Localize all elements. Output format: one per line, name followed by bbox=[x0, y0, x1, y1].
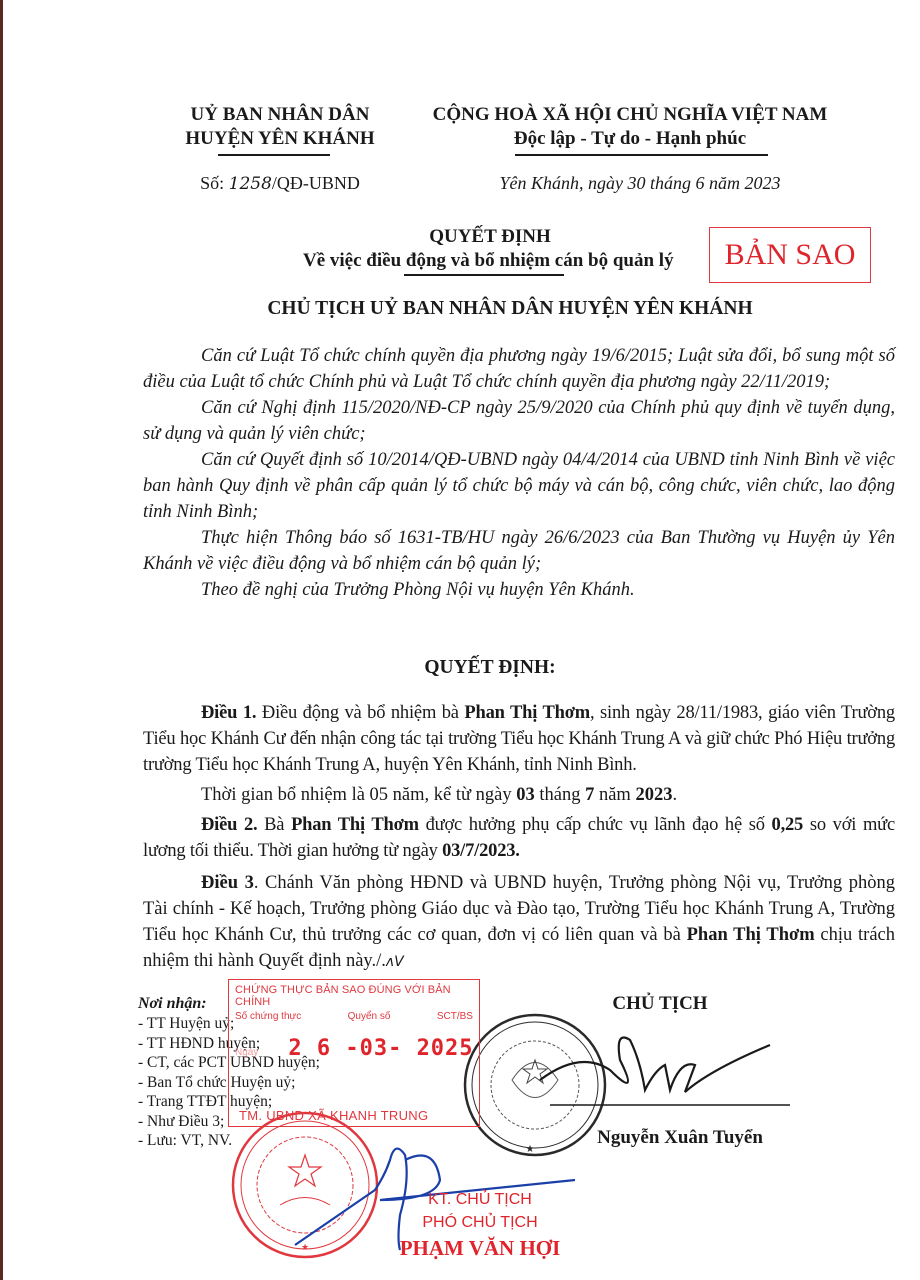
article-3: Điều 3. Chánh Văn phòng HĐND và UBND huy… bbox=[143, 870, 895, 975]
decision-heading: QUYẾT ĐỊNH: bbox=[300, 657, 680, 679]
motto-underline bbox=[515, 154, 768, 156]
issuer-underline bbox=[218, 154, 330, 156]
issue-date: Yên Khánh, ngày 30 tháng 6 năm 2023 bbox=[430, 173, 850, 194]
page-edge-shadow bbox=[0, 0, 3, 1280]
signer-name: Nguyễn Xuân Tuyển bbox=[560, 1127, 800, 1149]
articles: Điều 1. Điều động và bổ nhiệm bà Phan Th… bbox=[143, 700, 895, 975]
date-day: 30 bbox=[627, 173, 645, 193]
article-1: Điều 1. Điều động và bổ nhiệm bà Phan Th… bbox=[143, 700, 895, 778]
document-subtitle: Về việc điều động và bổ nhiệm cán bộ quả… bbox=[303, 250, 723, 272]
cert-code: SCT/BS bbox=[437, 1011, 473, 1022]
certification-date-row: Ngày 2 6 -03- 2025 bbox=[229, 1036, 479, 1061]
certification-stamp: CHỨNG THỰC BẢN SAO ĐÚNG VỚI BẢN CHÍNH Số… bbox=[228, 979, 480, 1127]
document-title: QUYẾT ĐỊNH bbox=[300, 226, 680, 248]
article-text: Điều động và bổ nhiệm bà bbox=[256, 703, 464, 723]
preamble-text: Theo đề nghị của Trưởng Phòng Nội vụ huy… bbox=[201, 580, 635, 600]
copy-signer-block: KT. CHỦ TỊCH PHÓ CHỦ TỊCH bbox=[390, 1188, 570, 1234]
term-text: . bbox=[672, 785, 677, 805]
doc-number-prefix: Số: bbox=[200, 173, 229, 193]
certification-line-1: CHỨNG THỰC BẢN SAO ĐÚNG VỚI BẢN CHÍNH bbox=[235, 984, 473, 1008]
term-month: 7 bbox=[585, 785, 594, 805]
cert-number-label: Số chứng thực bbox=[235, 1011, 301, 1022]
article-2: Điều 2. Bà Phan Thị Thơm được hưởng phụ … bbox=[143, 812, 895, 864]
article-text: được hưởng phụ cấp chức vụ lãnh đạo hệ s… bbox=[419, 815, 772, 835]
preamble-item: Căn cứ Quyết định số 10/2014/QĐ-UBND ngà… bbox=[143, 447, 895, 525]
country-name: CỘNG HOÀ XÃ HỘI CHỦ NGHĨA VIỆT NAM bbox=[410, 103, 850, 127]
preamble: Căn cứ Luật Tổ chức chính quyền địa phươ… bbox=[143, 343, 895, 603]
date-suffix: năm 2023 bbox=[705, 173, 781, 193]
issuer-line-2: HUYỆN YÊN KHÁNH bbox=[160, 127, 400, 151]
issuing-authority: CHỦ TỊCH UỶ BAN NHÂN DÂN HUYỆN YÊN KHÁNH bbox=[200, 298, 820, 320]
preamble-text: Căn cứ Luật Tổ chức chính quyền địa phươ… bbox=[143, 346, 895, 392]
appointment-term: Thời gian bổ nhiệm là 05 năm, kể từ ngày… bbox=[143, 782, 895, 808]
national-motto-block: CỘNG HOÀ XÃ HỘI CHỦ NGHĨA VIỆT NAM Độc l… bbox=[410, 103, 850, 151]
date-month: 6 bbox=[696, 173, 705, 193]
preamble-item: Căn cứ Nghị định 115/2020/NĐ-CP ngày 25/… bbox=[143, 395, 895, 447]
allowance-start-date: 03/7/2023. bbox=[442, 841, 520, 861]
chairman-signature-icon bbox=[520, 1020, 800, 1130]
term-year: 2023 bbox=[635, 785, 672, 805]
copy-signer-role-2: PHÓ CHỦ TỊCH bbox=[390, 1211, 570, 1234]
preamble-text: Căn cứ Quyết định số 10/2014/QĐ-UBND ngà… bbox=[143, 450, 895, 522]
copy-stamp: BẢN SAO bbox=[709, 227, 871, 283]
handwritten-initials: ʌV bbox=[386, 954, 404, 970]
issuer-line-1: UỶ BAN NHÂN DÂN bbox=[160, 103, 400, 127]
allowance-coefficient: 0,25 bbox=[772, 815, 804, 835]
appointee-name: Phan Thị Thơm bbox=[291, 815, 419, 835]
certification-date: 2 6 -03- 2025 bbox=[288, 1036, 473, 1061]
article-text: Bà bbox=[257, 815, 291, 835]
article-2-label: Điều 2. bbox=[201, 815, 257, 835]
preamble-item: Thực hiện Thông báo số 1631-TB/HU ngày 2… bbox=[143, 525, 895, 577]
issuer-block: UỶ BAN NHÂN DÂN HUYỆN YÊN KHÁNH bbox=[160, 103, 400, 151]
term-text: Thời gian bổ nhiệm là 05 năm, kể từ ngày bbox=[201, 785, 516, 805]
doc-number-suffix: /QĐ-UBND bbox=[272, 173, 360, 193]
preamble-item: Căn cứ Luật Tổ chức chính quyền địa phươ… bbox=[143, 343, 895, 395]
cert-date-label: Ngày bbox=[235, 1047, 258, 1058]
appointee-name: Phan Thị Thơm bbox=[464, 703, 590, 723]
cert-book-label: Quyển số bbox=[348, 1011, 391, 1022]
document-number: Số: 1258/QĐ-UBND bbox=[160, 173, 400, 194]
preamble-text: Căn cứ Nghị định 115/2020/NĐ-CP ngày 25/… bbox=[143, 398, 895, 444]
term-text: tháng bbox=[535, 785, 585, 805]
date-mid: tháng bbox=[645, 173, 695, 193]
preamble-item: Theo đề nghị của Trưởng Phòng Nội vụ huy… bbox=[143, 577, 895, 603]
term-text: năm bbox=[594, 785, 635, 805]
copy-signer-role-1: KT. CHỦ TỊCH bbox=[390, 1188, 570, 1211]
national-motto: Độc lập - Tự do - Hạnh phúc bbox=[410, 127, 850, 151]
date-prefix: Yên Khánh, ngày bbox=[499, 173, 627, 193]
preamble-text: Thực hiện Thông báo số 1631-TB/HU ngày 2… bbox=[143, 528, 895, 574]
term-day: 03 bbox=[516, 785, 535, 805]
subtitle-underline bbox=[404, 274, 564, 276]
article-1-label: Điều 1. bbox=[201, 703, 256, 723]
article-3-label: Điều 3 bbox=[201, 873, 254, 893]
certification-line-2: Số chứng thực Quyển số SCT/BS bbox=[235, 1011, 473, 1022]
doc-number-handwritten: 1258 bbox=[229, 174, 272, 194]
copy-signer-name: PHẠM VĂN HỢI bbox=[370, 1236, 590, 1261]
appointee-name: Phan Thị Thơm bbox=[687, 925, 815, 945]
